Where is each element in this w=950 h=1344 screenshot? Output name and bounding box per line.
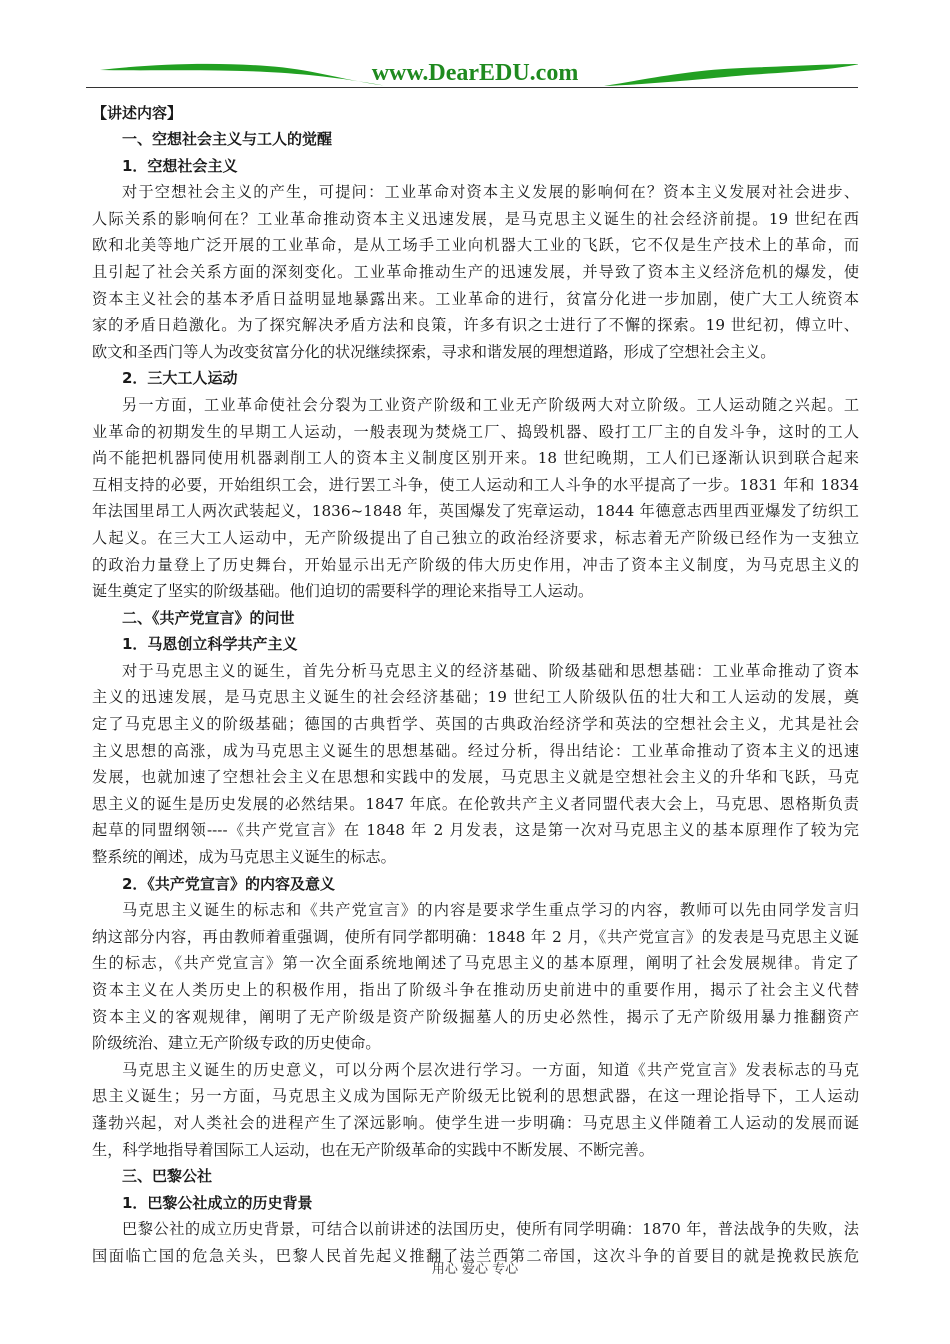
- text-line: 思主义的诞生是历史发展的必然结果。1847 年底。在伦敦共产主义者同盟代表大会上…: [92, 791, 859, 818]
- text-line: 尚不能把机器同使用机器剥削工人的资本主义制度区别开来。18 世纪晚期，工人们已逐…: [92, 445, 859, 472]
- text-line: 对于空想社会主义的产生，可提问：工业革命对资本主义发展的影响何在？资本主义发展对…: [92, 179, 859, 206]
- text-line: 阶级统治、建立无产阶级专政的历史使命。: [92, 1030, 859, 1057]
- text-line: 资本主义的客观规律，阐明了无产阶级是资产阶级掘墓人的历史必然性，揭示了无产阶级用…: [92, 1004, 859, 1031]
- paragraph: 马克思主义诞生的标志和《共产党宣言》的内容是要求学生重点学习的内容，教师可以先由…: [92, 897, 859, 1057]
- section-heading: 三、巴黎公社: [92, 1163, 859, 1190]
- text-line: 纳这部分内容，再由教师着重强调，使所有同学都明确：1848 年 2 月，《共产党…: [92, 924, 859, 951]
- text-line: 另一方面，工业革命使社会分裂为工业资产阶级和工业无产阶级两大对立阶级。工人运动随…: [92, 392, 859, 419]
- text-line: 业革命的初期发生的早期工人运动，一般表现为焚烧工厂、捣毁机器、殴打工厂主的自发斗…: [92, 419, 859, 446]
- text-line: 互相支持的必要，开始组织工会，进行罢工斗争，使工人运动和工人斗争的水平提高了一步…: [92, 472, 859, 499]
- section-heading: 一、空想社会主义与工人的觉醒: [92, 126, 859, 153]
- text-line: 生，科学地指导着国际工人运动，也在无产阶级革命的实践中不断发展、不断完善。: [92, 1137, 859, 1164]
- text-line: 生的标志，《共产党宣言》第一次全面系统地阐述了马克思主义的基本原理，阐明了社会发…: [92, 950, 859, 977]
- paragraph: 对于马克思主义的诞生，首先分析马克思主义的经济基础、阶级基础和思想基础：工业革命…: [92, 658, 859, 871]
- text-line: 巴黎公社的成立历史背景，可结合以前讲述的法国历史，使所有同学明确：1870 年，…: [92, 1216, 859, 1243]
- section-label: 【讲述内容】: [92, 100, 859, 126]
- footer-motto: 用心 爱心 专心: [0, 1258, 950, 1277]
- text-line: 整系统的阐述，成为马克思主义诞生的标志。: [92, 844, 859, 871]
- subsection-heading: 2．《共产党宣言》的内容及意义: [92, 871, 859, 898]
- subsection-heading: 1．空想社会主义: [92, 153, 859, 180]
- text-line: 起草的同盟纲领----《共产党宣言》在 1848 年 2 月发表，这是第一次对马…: [92, 817, 859, 844]
- text-line: 诞生奠定了坚实的阶级基础。他们迫切的需要科学的理论来指导工人运动。: [92, 578, 859, 605]
- text-line: 且引起了社会关系方面的深刻变化。工业革命推动生产的迅速发展，并导致了资本主义经济…: [92, 259, 859, 286]
- document-page: www.DearEDU.com 【讲述内容】 一、空想社会主义与工人的觉醒1．空…: [0, 0, 950, 1344]
- section-heading: 二、《共产党宣言》的问世: [92, 605, 859, 632]
- text-line: 欧文和圣西门等人为改变贫富分化的状况继续探索，寻求和谐发展的理想道路，形成了空想…: [92, 339, 859, 366]
- text-line: 蓬勃兴起，对人类社会的进程产生了深远影响。使学生进一步明确：马克思主义伴随着工人…: [92, 1110, 859, 1137]
- text-line: 家的矛盾日趋激化。为了探究解决矛盾方法和良策，许多有识之士进行了不懈的探索。19…: [92, 312, 859, 339]
- paragraph: 另一方面，工业革命使社会分裂为工业资产阶级和工业无产阶级两大对立阶级。工人运动随…: [92, 392, 859, 605]
- text-line: 资本主义在人类历史上的积极作用，指出了阶级斗争在推动历史前进中的重要作用，揭示了…: [92, 977, 859, 1004]
- text-line: 年法国里昂工人两次武装起义，1836~1848 年，英国爆发了宪章运动，1844…: [92, 498, 859, 525]
- text-line: 发展，也就加速了空想社会主义在思想和实践中的发展，马克思主义就是空想社会主义的升…: [92, 764, 859, 791]
- text-line: 资本主义社会的基本矛盾日益明显地暴露出来。工业革命的进行，贫富分化进一步加剧，使…: [92, 286, 859, 313]
- text-line: 欧和北美等地广泛开展的工业革命，是从工场手工业向机器大工业的飞跃，它不仅是生产技…: [92, 232, 859, 259]
- text-line: 人际关系的影响何在？工业革命推动资本主义迅速发展，是马克思主义诞生的社会经济前提…: [92, 206, 859, 233]
- text-line: 思主义诞生；另一方面，马克思主义成为国际无产阶级无比锐利的思想武器，在这一理论指…: [92, 1083, 859, 1110]
- text-line: 的政治力量登上了历史舞台，开始显示出无产阶级的伟大历史作用，冲击了资本主义制度，…: [92, 552, 859, 579]
- subsection-heading: 2．三大工人运动: [92, 365, 859, 392]
- site-logo-text: www.DearEDU.com: [92, 60, 858, 87]
- paragraph: 对于空想社会主义的产生，可提问：工业革命对资本主义发展的影响何在？资本主义发展对…: [92, 179, 859, 365]
- subsection-heading: 1．马恩创立科学共产主义: [92, 631, 859, 658]
- text-line: 马克思主义诞生的标志和《共产党宣言》的内容是要求学生重点学习的内容，教师可以先由…: [92, 897, 859, 924]
- text-line: 马克思主义诞生的历史意义，可以分两个层次进行学习。一方面，知道《共产党宣言》发表…: [92, 1057, 859, 1084]
- header-rule: [86, 87, 858, 88]
- document-body: 【讲述内容】 一、空想社会主义与工人的觉醒1．空想社会主义对于空想社会主义的产生…: [92, 100, 859, 1270]
- paragraph: 马克思主义诞生的历史意义，可以分两个层次进行学习。一方面，知道《共产党宣言》发表…: [92, 1057, 859, 1163]
- site-banner: www.DearEDU.com: [92, 58, 858, 90]
- subsection-heading: 1．巴黎公社成立的历史背景: [92, 1190, 859, 1217]
- text-line: 主义的迅速发展，是马克思主义诞生的社会经济基础；19 世纪工人阶级队伍的壮大和工…: [92, 684, 859, 711]
- text-line: 对于马克思主义的诞生，首先分析马克思主义的经济基础、阶级基础和思想基础：工业革命…: [92, 658, 859, 685]
- text-line: 人起义。在三大工人运动中，无产阶级提出了自己独立的政治经济要求，标志着无产阶级已…: [92, 525, 859, 552]
- text-line: 主义思想的高涨，成为马克思主义诞生的思想基础。经过分析，得出结论：工业革命推动了…: [92, 738, 859, 765]
- text-line: 定了马克思主义的阶级基础；德国的古典哲学、英国的古典政治经济学和英法的空想社会主…: [92, 711, 859, 738]
